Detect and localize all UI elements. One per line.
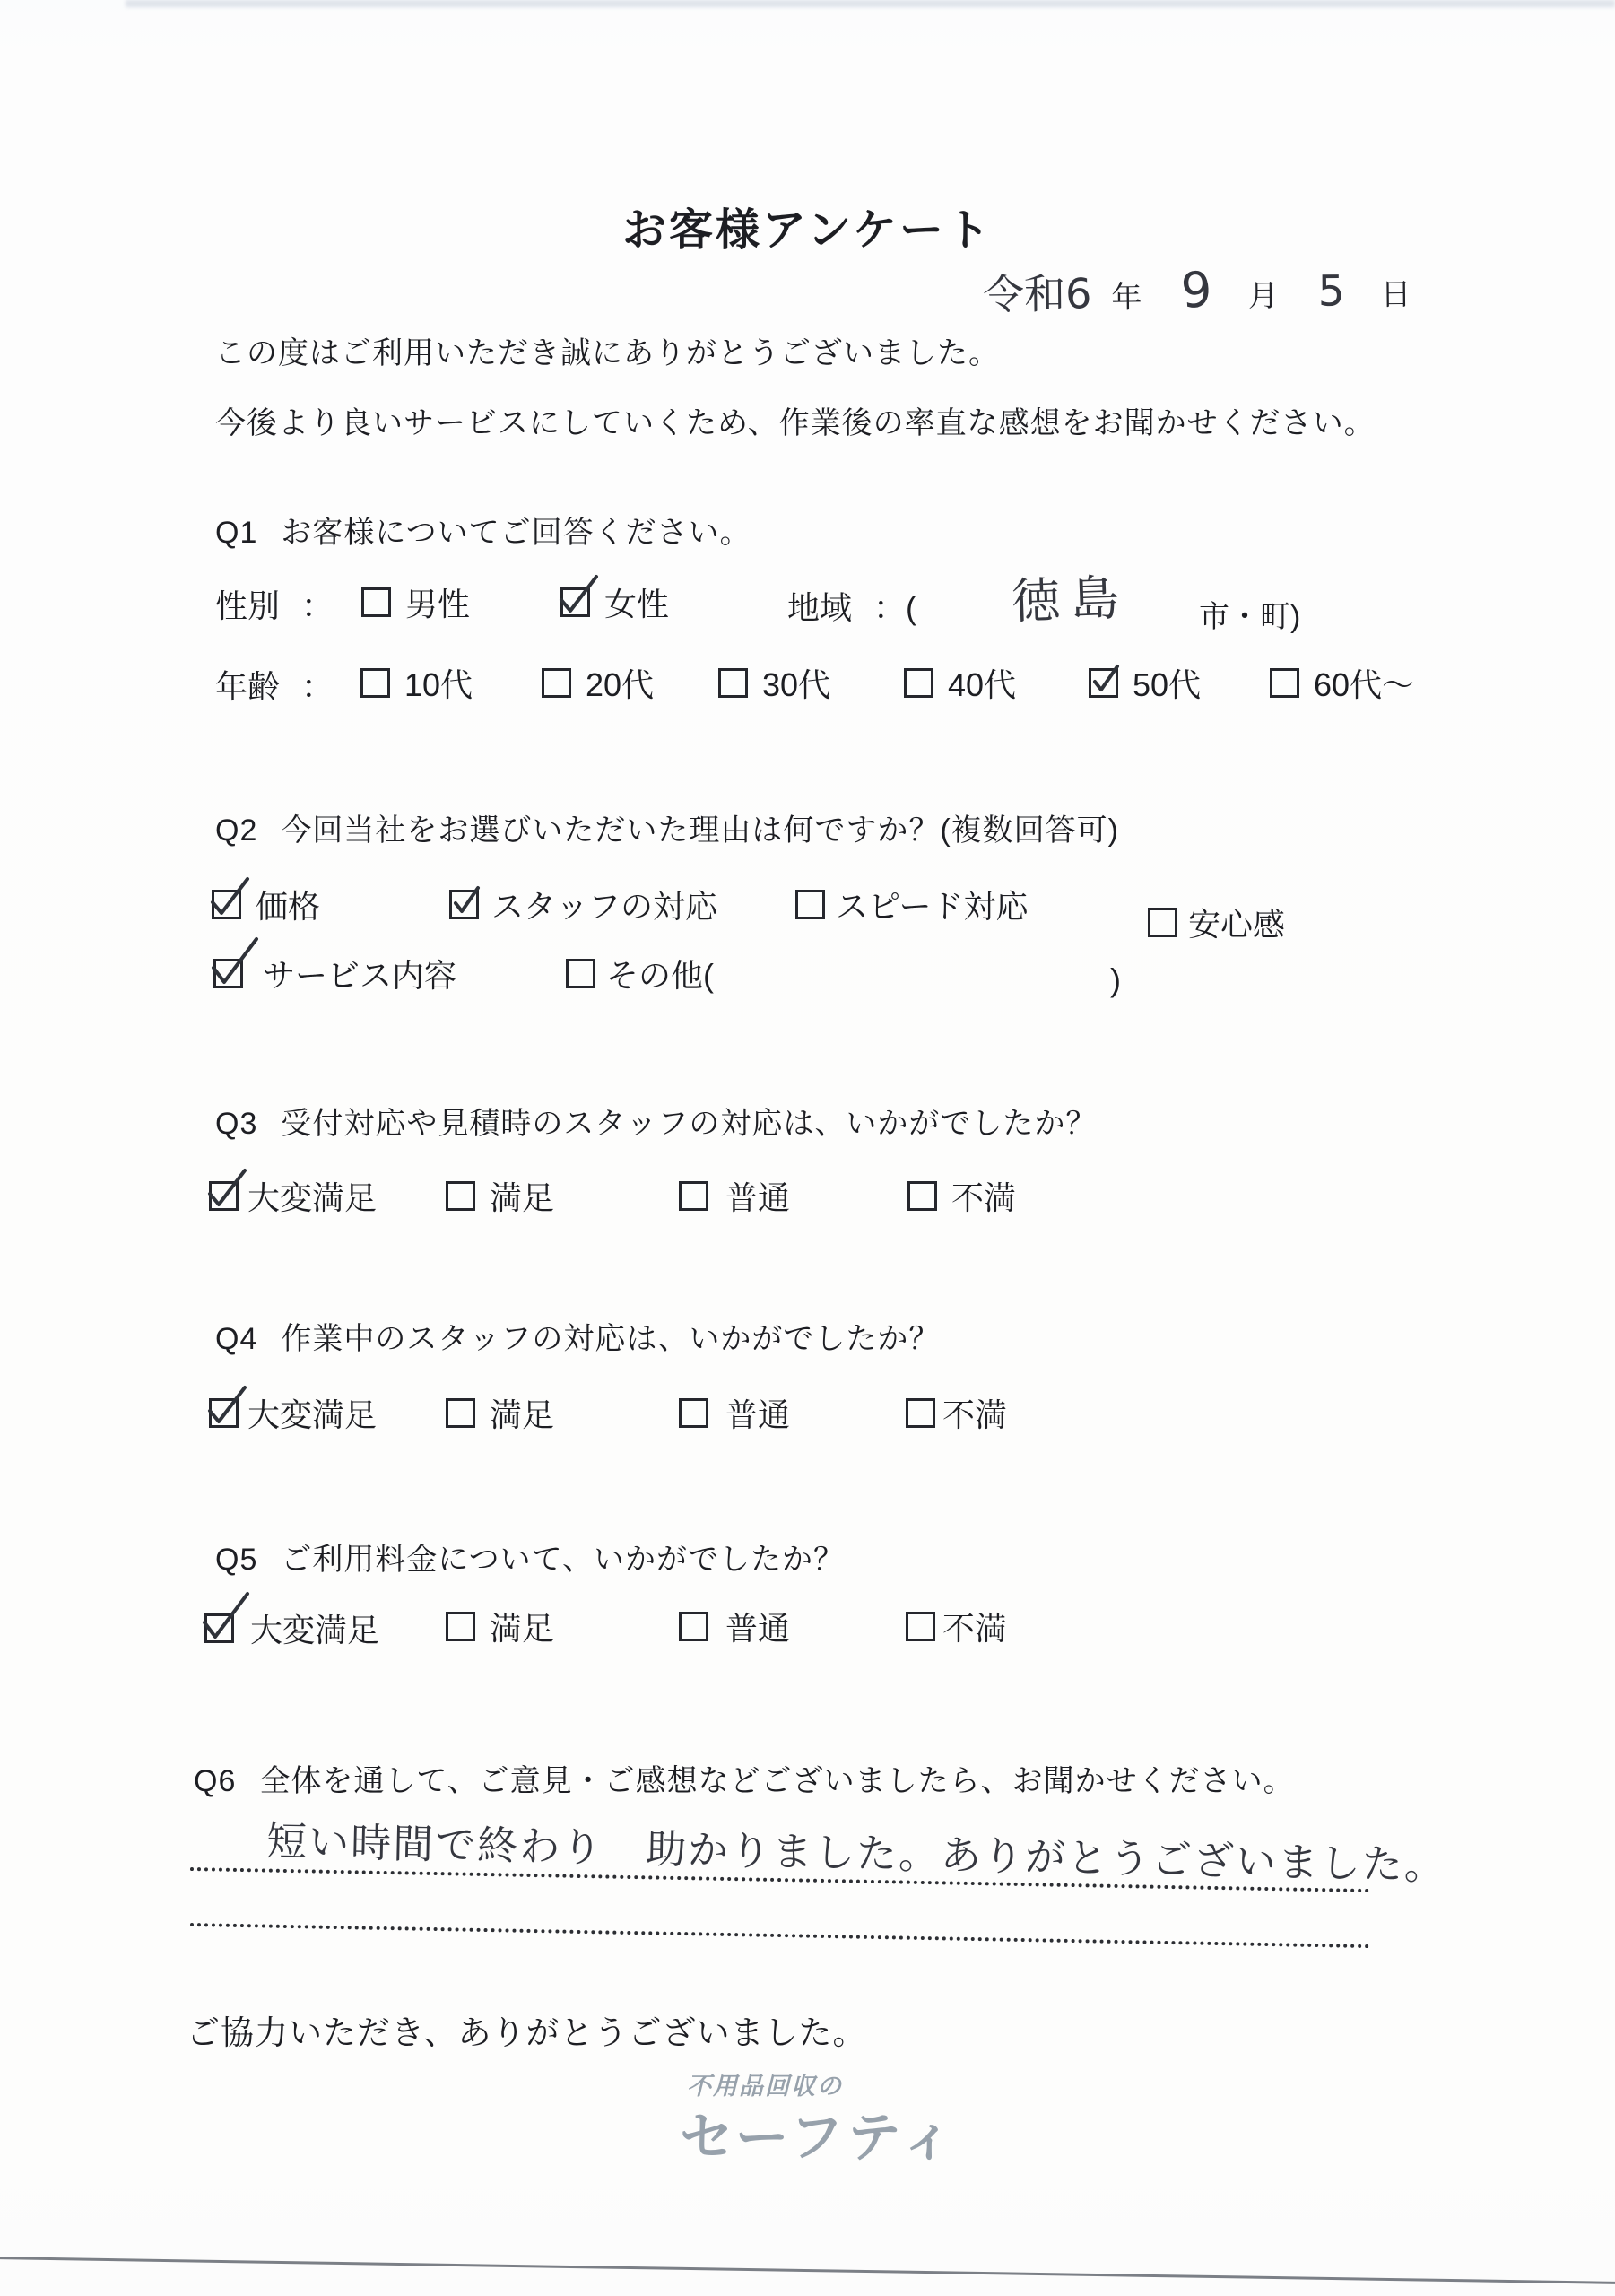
survey-date: 令和6 年 9 月 5 日: [983, 258, 1411, 322]
label-age-10s: 10代: [404, 660, 473, 706]
q2-option-price: 価格: [212, 882, 320, 927]
checkbox-other: [566, 959, 595, 988]
region-separator: ：(: [873, 583, 916, 629]
checkbox-q3-dissatisfied: [907, 1181, 937, 1211]
q6-text: 全体を通して、ご意見・ご感想などございましたら、お聞かせください。: [259, 1756, 1294, 1800]
label-age-40s: 40代: [948, 660, 1016, 706]
q1-age-option-10s: 10代: [360, 660, 473, 706]
q2-heading: Q2 今回当社をお選びいただいた理由は何ですか？(複数回答可): [215, 805, 1119, 849]
checkbox-q5-neutral: [679, 1612, 708, 1641]
q4-option-satisfied: 満足: [446, 1390, 554, 1436]
label-q5-neutral: 普通: [725, 1604, 790, 1649]
checkbox-q3-satisfied: [446, 1181, 475, 1211]
q5-option-dissatisfied: 不満: [906, 1604, 1007, 1649]
q6-heading: Q6 全体を通して、ご意見・ご感想などございましたら、お聞かせください。: [194, 1756, 1295, 1800]
q1-age-option-40s: 40代: [904, 660, 1016, 706]
page-title: お客様アンケート: [0, 196, 1615, 258]
q5-text: ご利用料金について、いかがでしたか？: [281, 1535, 845, 1578]
q3-option-satisfied: 満足: [446, 1173, 554, 1219]
company-logo: セーフティ: [680, 2095, 958, 2172]
label-age-20s: 20代: [586, 660, 654, 706]
gender-separator: ：: [301, 581, 334, 627]
checkbox-age-20s: [542, 668, 571, 698]
label-q4-neutral: 普通: [725, 1390, 790, 1436]
q5-heading: Q5 ご利用料金について、いかがでしたか？: [215, 1535, 845, 1578]
label-q3-neutral: 普通: [725, 1173, 790, 1219]
q3-option-dissatisfied: 不満: [907, 1173, 1016, 1219]
label-q4-dissatisfied: 不満: [942, 1390, 1007, 1436]
scan-paper-edge-line: [0, 2257, 1615, 2285]
q3-option-neutral: 普通: [679, 1173, 790, 1219]
gender-label-text: 性別: [215, 581, 280, 627]
checkbox-q4-very-satisfied-checked: [209, 1398, 239, 1428]
region-label-text: 地域: [787, 583, 852, 629]
q3-option-very-satisfied: 大変満足: [209, 1173, 377, 1219]
checkbox-q3-very-satisfied-checked: [209, 1181, 239, 1211]
q4-option-dissatisfied: 不満: [906, 1390, 1007, 1436]
q3-heading: Q3 受付対応や見積時のスタッフの対応は、いかがでしたか？: [215, 1099, 1097, 1143]
checkbox-speed: [795, 890, 825, 919]
intro-line-1: この度はご利用いただき誠にありがとうございました。: [215, 328, 1000, 372]
scanned-survey-page: お客様アンケート 令和6 年 9 月 5 日 この度はご利用いただき誠にありがと…: [0, 0, 1615, 2296]
label-service: サービス内容: [263, 951, 456, 996]
checkbox-male: [361, 587, 391, 617]
q1-age-label: 年齢 ：: [215, 662, 334, 708]
q2-option-speed: スピード対応: [795, 882, 1029, 927]
checkbox-staff-checked: [449, 890, 479, 919]
checkbox-q3-neutral: [679, 1181, 708, 1211]
q1-age-option-30s: 30代: [718, 660, 830, 706]
handwritten-checkmark-icon: [199, 1587, 251, 1644]
label-q4-very-satisfied: 大変満足: [247, 1390, 377, 1436]
date-year-suffix: 年: [1111, 273, 1142, 317]
q4-text: 作業中のスタッフの対応は、いかがでしたか？: [281, 1314, 940, 1358]
q1-text: お客様についてご回答ください。: [281, 508, 751, 552]
label-price: 価格: [256, 882, 320, 927]
date-day-value: 5: [1317, 266, 1344, 316]
q1-gender-option-female: 女性: [560, 579, 669, 625]
q1-age-option-60s: 60代〜: [1270, 660, 1414, 706]
q3-number: Q3: [215, 1107, 257, 1142]
q2-option-service: サービス内容: [213, 951, 456, 996]
q2-option-other: その他(: [566, 951, 714, 996]
age-label-text: 年齢: [215, 662, 280, 708]
intro-line-2: 今後より良いサービスにしていくため、作業後の率直な感想をお聞かせください。: [215, 398, 1376, 442]
checkbox-q5-very-satisfied-checked: [204, 1613, 234, 1643]
q2-text: 今回当社をお選びいただいた理由は何ですか？(複数回答可): [281, 805, 1119, 849]
checkbox-q5-satisfied: [446, 1612, 475, 1641]
q4-number: Q4: [215, 1322, 257, 1357]
handwritten-checkmark-icon: [205, 1382, 248, 1429]
handwritten-checkmark-icon: [208, 932, 260, 989]
closing-message: ご協力いただき、ありがとうございました。: [187, 2005, 867, 2054]
label-q5-dissatisfied: 不満: [942, 1604, 1007, 1649]
handwritten-checkmark-icon: [205, 1165, 248, 1212]
label-staff: スタッフの対応: [491, 882, 717, 927]
q5-option-very-satisfied: 大変満足: [204, 1605, 379, 1651]
checkbox-q4-dissatisfied: [906, 1398, 935, 1428]
q5-option-neutral: 普通: [679, 1604, 790, 1649]
q1-number: Q1: [215, 516, 257, 551]
age-separator: ：: [301, 662, 334, 708]
handwritten-checkmark-icon: [557, 571, 600, 618]
date-day-suffix: 日: [1380, 270, 1411, 314]
checkbox-female-checked: [560, 587, 590, 617]
label-q5-satisfied: 満足: [490, 1604, 554, 1649]
q2-option-trust: 安心感: [1148, 900, 1285, 945]
q1-age-option-20s: 20代: [542, 660, 654, 706]
label-q4-satisfied: 満足: [490, 1390, 554, 1436]
checkbox-price-checked: [212, 890, 241, 919]
checkbox-age-60s: [1270, 668, 1299, 698]
label-trust: 安心感: [1188, 900, 1285, 945]
answer-dotted-line-2: [190, 1923, 1370, 1948]
q1-gender-label: 性別 ：: [215, 581, 334, 627]
date-month-suffix: 月: [1247, 271, 1279, 315]
label-q3-dissatisfied: 不満: [951, 1173, 1016, 1219]
checkbox-age-10s: [360, 668, 390, 698]
other-close-paren: ): [1110, 961, 1121, 999]
scan-edge-artifact-top: [126, 0, 1615, 7]
q3-text: 受付対応や見積時のスタッフの対応は、いかがでしたか？: [281, 1099, 1097, 1143]
q2-option-staff: スタッフの対応: [449, 882, 717, 927]
label-age-30s: 30代: [762, 660, 830, 706]
label-age-50s: 50代: [1133, 660, 1201, 706]
q5-number: Q5: [215, 1543, 257, 1578]
checkbox-q4-satisfied: [446, 1398, 475, 1428]
checkbox-age-40s: [904, 668, 933, 698]
label-female: 女性: [604, 579, 669, 625]
q1-gender-option-male: 男性: [361, 579, 470, 625]
checkbox-age-30s: [718, 668, 748, 698]
q4-option-very-satisfied: 大変満足: [209, 1390, 377, 1436]
q1-heading: Q1 お客様についてご回答ください。: [215, 508, 751, 552]
q4-heading: Q4 作業中のスタッフの対応は、いかがでしたか？: [215, 1314, 940, 1358]
label-age-60s: 60代〜: [1314, 660, 1414, 706]
q2-number: Q2: [215, 813, 257, 848]
region-handwritten-value: 徳島: [1011, 560, 1132, 633]
q4-option-neutral: 普通: [679, 1390, 790, 1436]
label-q5-very-satisfied: 大変満足: [250, 1605, 379, 1651]
label-male: 男性: [405, 579, 470, 625]
handwritten-checkmark-icon: [208, 874, 251, 920]
checkbox-trust: [1148, 908, 1177, 937]
checkbox-age-50s-checked: [1089, 668, 1118, 698]
date-month-value: 9: [1179, 261, 1213, 319]
handwritten-checkmark-icon: [1090, 663, 1121, 695]
label-q3-satisfied: 満足: [490, 1173, 554, 1219]
label-other: その他(: [606, 951, 714, 996]
region-suffix: 市・町): [1199, 592, 1300, 636]
q5-option-satisfied: 満足: [446, 1604, 554, 1649]
q1-age-option-50s: 50代: [1089, 660, 1201, 706]
q1-region-label: 地域 ：(: [787, 583, 916, 629]
label-speed: スピード対応: [836, 882, 1029, 927]
handwritten-checkmark-icon: [451, 884, 482, 917]
q6-number: Q6: [194, 1764, 236, 1799]
label-q3-very-satisfied: 大変満足: [247, 1173, 377, 1219]
date-era-year: 令和6: [983, 261, 1092, 321]
checkbox-service-checked: [213, 959, 243, 988]
checkbox-q5-dissatisfied: [906, 1612, 935, 1641]
checkbox-q4-neutral: [679, 1398, 708, 1428]
